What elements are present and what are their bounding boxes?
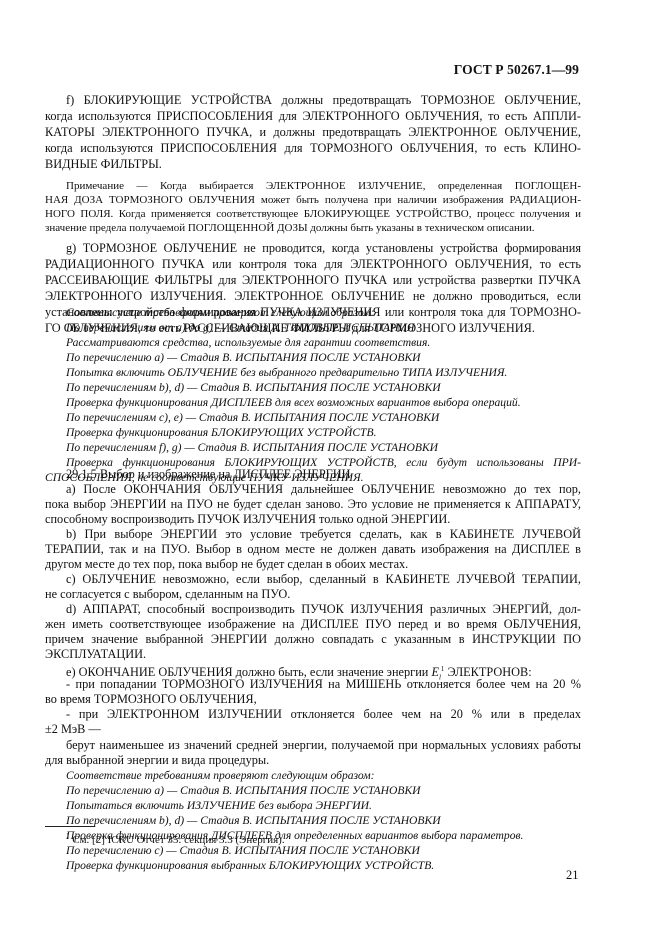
- text-line-n4: значение предела получаемой ПОГЛОЩЕННОЙ …: [45, 221, 581, 236]
- text-line-d2: жен иметь соответствующее изображение на…: [45, 617, 581, 632]
- text-line-d1: d) АППАРАТ, способный воспроизводить ПУЧ…: [66, 602, 581, 617]
- text-line-f3: КАТОРЫ ЭЛЕКТРОННОГО ПУЧКА, и должны пред…: [45, 125, 581, 140]
- compliance-check-line-7: Проверка функционирования выбранных БЛОК…: [66, 858, 581, 873]
- text-line-b1: b) При выборе ЭНЕРГИИ это условие требуе…: [66, 527, 581, 542]
- text-line-n3: НОГО ПОЛЯ. Когда применяется соответству…: [45, 207, 581, 222]
- compliance-check-line-4: По перечислениям b), d) — Стадия В. ИСПЫ…: [66, 813, 581, 828]
- text-line-c2: По перечислениям от a) до g) — Стадия А.…: [66, 320, 581, 335]
- compliance-check-line-3: Попытаться включить ИЗЛУЧЕНИЕ без выбора…: [66, 798, 581, 813]
- text-line-cc2: не согласуется с выбором, сделанным на П…: [45, 587, 581, 602]
- text-line-n1: Примечание — Когда выбирается ЭЛЕКТРОННО…: [66, 179, 581, 194]
- text-line-c5: Попытка включить ОБЛУЧЕНИЕ без выбранног…: [66, 365, 581, 380]
- text-line-f4: когда используются ПРИСПОСОБЛЕНИЯ для ТО…: [45, 141, 581, 156]
- text-line-f2: когда используются ПРИСПОСОБЛЕНИЯ для ЭЛ…: [45, 109, 581, 124]
- item-e-take-line-2: для выбранной энергии и вида процедуры.: [45, 753, 581, 768]
- document-page: ГОСТ Р 50267.1—99 f) БЛОКИРУЮЩИЕ УСТРОЙС…: [0, 0, 661, 935]
- text-line-s1: 29.1.5 Выбор и изображение на ДИСПЛЕЕ ЭН…: [66, 467, 581, 482]
- item-e-take-line-1: берут наименьшее из значений средней эне…: [66, 738, 581, 753]
- text-line-c3: Рассматриваются средства, используемые д…: [66, 335, 581, 350]
- text-line-c10: По перечислениям f), g) — Стадия В. ИСПЫ…: [66, 440, 581, 455]
- text-line-c6: По перечислениям b), d) — Стадия В. ИСПЫ…: [66, 380, 581, 395]
- text-line-d4: ЭКСПЛУАТАЦИИ.: [45, 647, 581, 662]
- footnote: 1 См. [2] ICRU Отчет 35: секция 3.3 (Эне…: [66, 832, 285, 846]
- text-line-cc1: c) ОБЛУЧЕНИЕ невозможно, если выбор, сде…: [66, 572, 581, 587]
- text-line-d3: причем значение выбранной ЭНЕРГИИ должно…: [45, 632, 581, 647]
- text-line-g1: g) ТОРМОЗНОЕ ОБЛУЧЕНИЕ не проводится, ко…: [66, 241, 581, 256]
- text-line-a3: способному воспроизводить ПУЧОК ИЗЛУЧЕНИ…: [45, 512, 581, 527]
- text-line-f1: f) БЛОКИРУЮЩИЕ УСТРОЙСТВА должны предотв…: [66, 93, 581, 108]
- text-line-b2: ТЕРАПИИ, так и на ПУО. Выбор в одном мес…: [45, 542, 581, 557]
- text-line-c7: Проверка функционирования ДИСПЛЕЕВ для в…: [66, 395, 581, 410]
- document-code-header: ГОСТ Р 50267.1—99: [454, 62, 579, 78]
- text-line-g3: РАССЕИВАЮЩИЕ ФИЛЬТРЫ для ЭЛЕКТРОННОГО ПУ…: [45, 273, 581, 288]
- item-e-bullet1-b: во время ТОРМОЗНОГО ОБЛУЧЕНИЯ,: [45, 692, 581, 707]
- text-line-g2: РАДИАЦИОННОГО ПУЧКА или контроля тока дл…: [45, 257, 581, 272]
- text-line-a1: a) После ОКОНЧАНИЯ ОБЛУЧЕНИЯ дальнейшее …: [66, 482, 581, 497]
- text-line-a2: пока выбор ЭНЕРГИИ на ПУО не будет сдела…: [45, 497, 581, 512]
- text-line-c9: Проверка функционирования БЛОКИРУЮЩИХ УС…: [66, 425, 581, 440]
- text-line-n2: НАЯ ДОЗА ТОРМОЗНОГО ОБЛУЧЕНИЯ может быть…: [45, 193, 581, 208]
- compliance-check-line-2: По перечислению a) — Стадия В. ИСПЫТАНИЯ…: [66, 783, 581, 798]
- item-e-bullet1-a: - при попадании ТОРМОЗНОГО ИЗЛУЧЕНИЯ на …: [66, 677, 581, 692]
- item-e-bullet2-a: - при ЭЛЕКТРОННОМ ИЗЛУЧЕНИИ отклоняется …: [66, 707, 581, 722]
- text-line-b3: другом месте до тех пор, пока выбор не б…: [45, 557, 581, 572]
- page-number: 21: [566, 868, 579, 883]
- text-line-c1: Соответствие требованиям проверяют следу…: [66, 305, 581, 320]
- text-line-c4: По перечислению a) — Стадия В. ИСПЫТАНИЯ…: [66, 350, 581, 365]
- item-e-bullet2-b: ±2 МэВ —: [45, 722, 581, 737]
- compliance-check-line-1: Соответствие требованиям проверяют следу…: [66, 768, 581, 783]
- text-line-c8: По перечислениям c), e) — Стадия В. ИСПЫ…: [66, 410, 581, 425]
- footnote-rule: [45, 826, 95, 827]
- text-line-g4: ЭЛЕКТРОННОГО ИЗЛУЧЕНИЯ. ЭЛЕКТРОННОЕ ОБЛУ…: [45, 289, 581, 304]
- text-line-f5: ВИДНЫЕ ФИЛЬТРЫ.: [45, 157, 581, 172]
